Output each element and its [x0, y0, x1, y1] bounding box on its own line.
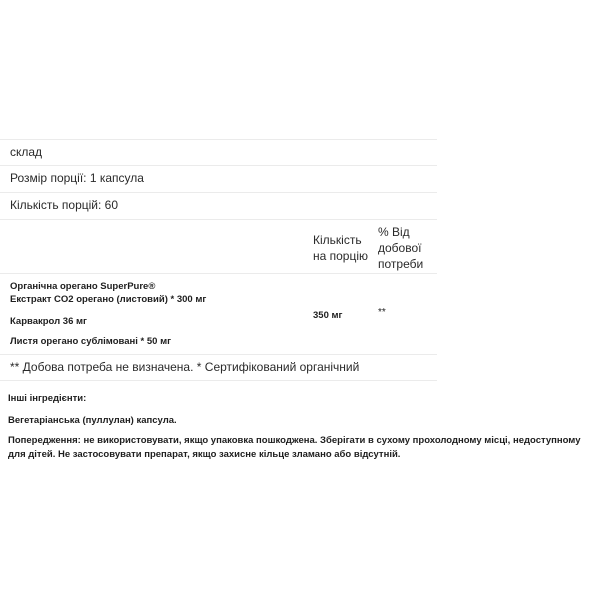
other-ingredients-label: Інші інгредієнти: — [8, 392, 86, 405]
divider — [0, 380, 437, 381]
facts-title: склад — [10, 145, 42, 159]
divider — [0, 165, 437, 166]
ingredient-name: Карвакрол 36 мг — [10, 315, 87, 328]
amount-per-serving: 350 мг — [313, 309, 342, 322]
warning-text: Попередження: не використовувати, якщо у… — [8, 434, 598, 462]
divider — [0, 139, 437, 140]
divider — [0, 192, 437, 193]
ingredient-name: Листя орегано сублімовані * 50 мг — [10, 335, 171, 348]
servings-per-container: Кількість порцій: 60 — [10, 198, 118, 212]
divider — [0, 354, 437, 355]
serving-size: Розмір порції: 1 капсула — [10, 171, 144, 185]
divider — [0, 219, 437, 220]
ingredient-name: Екстракт CO2 орегано (листовий) * 300 мг — [10, 293, 206, 306]
divider — [0, 273, 437, 274]
footnote: ** Добова потреба не визначена. * Сертиф… — [10, 360, 359, 374]
daily-value: ** — [378, 306, 386, 319]
ingredient-name: Органічна орегано SuperPure® — [10, 280, 155, 293]
column-header-daily-value: % Від добової потреби — [378, 224, 433, 272]
other-ingredients-value: Вегетаріанська (пуллулан) капсула. — [8, 414, 177, 427]
column-header-amount: Кількість на порцію — [313, 232, 373, 264]
